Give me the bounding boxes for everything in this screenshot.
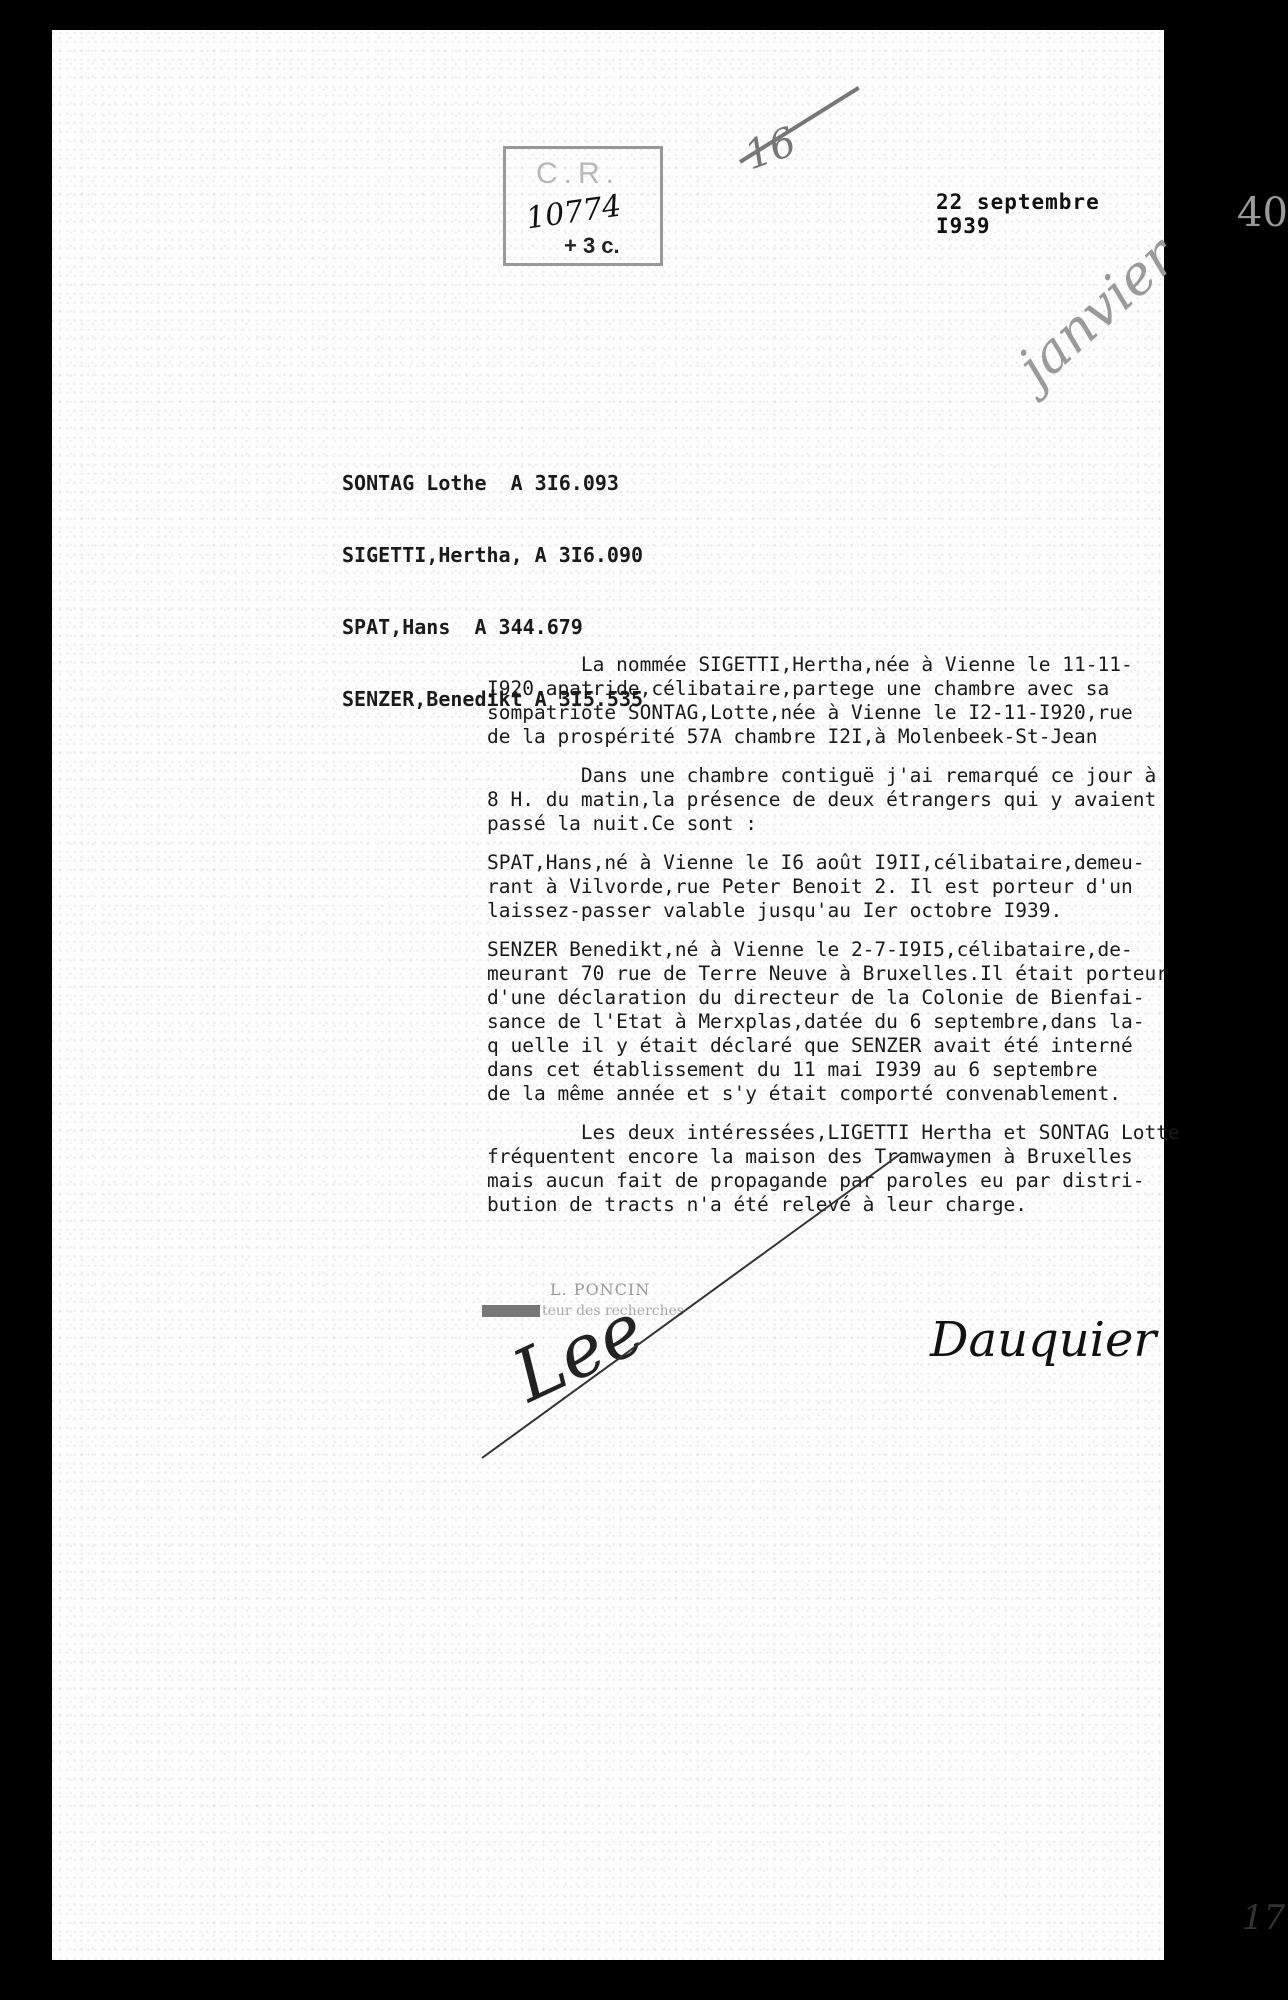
handwritten-top-right: 40 xyxy=(1237,190,1288,236)
paragraph-spat: SPAT,Hans,né à Vienne le I6 août I9II,cé… xyxy=(487,851,1288,923)
paragraph-senzer: SENZER Benedikt,né à Vienne le 2-7-I9I5,… xyxy=(487,938,1288,1106)
handwritten-diagonal-note: janvier xyxy=(1005,225,1188,398)
document-date: 22 septembre I939 xyxy=(936,190,1164,238)
handwritten-page-number: 17 xyxy=(1242,1898,1285,1938)
reference-item: SIGETTI,Hertha, A 3I6.090 xyxy=(342,543,643,567)
stamp-number: 10774 xyxy=(524,189,623,237)
registry-stamp: C.R. 10774 + 3 c. xyxy=(503,146,663,266)
signature-right: Dauquier xyxy=(930,1312,1156,1368)
reference-item: SPAT,Hans A 344.679 xyxy=(342,615,643,639)
report-body: La nommée SIGETTI,Hertha,née à Vienne le… xyxy=(487,653,1288,1232)
reference-item: SONTAG Lothe A 3I6.093 xyxy=(342,471,643,495)
paragraph-residence: La nommée SIGETTI,Hertha,née à Vienne le… xyxy=(487,653,1288,749)
redaction-mark xyxy=(482,1305,540,1317)
stamp-extra: + 3 c. xyxy=(564,233,620,259)
paragraph-observation: Dans une chambre contiguë j'ai remarqué … xyxy=(487,764,1288,836)
document-page: C.R. 10774 + 3 c. 16 22 septembre I939 4… xyxy=(52,30,1164,1960)
pencil-slash-mark xyxy=(739,86,860,164)
stamp-header: C.R. xyxy=(536,157,620,191)
paragraph-conclusion: Les deux intéressées,LIGETTI Hertha et S… xyxy=(487,1121,1288,1217)
